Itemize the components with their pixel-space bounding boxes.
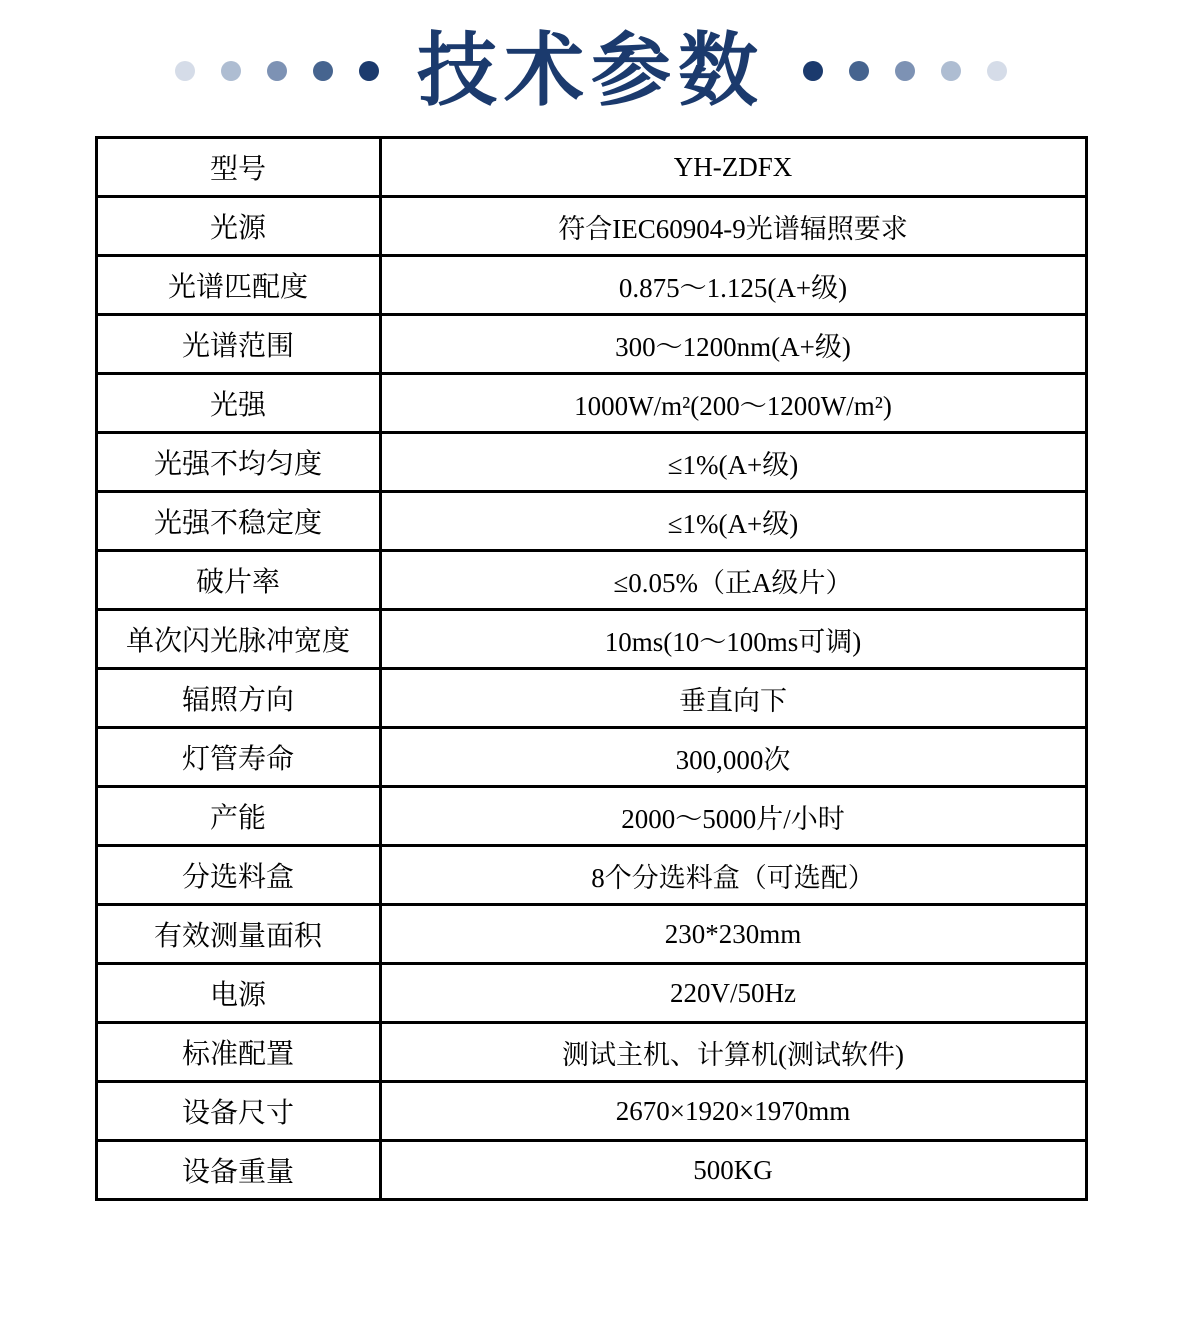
param-value: 10ms(10～100ms可调): [380, 610, 1086, 669]
table-row: 设备尺寸 2670×1920×1970mm: [96, 1082, 1086, 1141]
table-row: 分选料盒 8个分选料盒（可选配）: [96, 846, 1086, 905]
table-row: 辐照方向 垂直向下: [96, 669, 1086, 728]
param-value: 220V/50Hz: [380, 964, 1086, 1023]
param-label: 光强: [96, 374, 380, 433]
dot-icon: [221, 61, 241, 81]
dot-icon: [175, 61, 195, 81]
dot-icon: [803, 61, 823, 81]
param-label: 标准配置: [96, 1023, 380, 1082]
dot-icon: [987, 61, 1007, 81]
table-row: 光强 1000W/m²(200～1200W/m²): [96, 374, 1086, 433]
table-row: 光谱范围 300～1200nm(A+级): [96, 315, 1086, 374]
param-label: 有效测量面积: [96, 905, 380, 964]
param-label: 辐照方向: [96, 669, 380, 728]
param-value: 300～1200nm(A+级): [380, 315, 1086, 374]
param-label: 产能: [96, 787, 380, 846]
param-value: 8个分选料盒（可选配）: [380, 846, 1086, 905]
param-label: 光强不均匀度: [96, 433, 380, 492]
table-row: 破片率 ≤0.05%（正A级片）: [96, 551, 1086, 610]
table-row: 光强不稳定度 ≤1%(A+级): [96, 492, 1086, 551]
table-row: 灯管寿命 300,000次: [96, 728, 1086, 787]
param-value: 230*230mm: [380, 905, 1086, 964]
param-value: 垂直向下: [380, 669, 1086, 728]
dot-icon: [313, 61, 333, 81]
param-label: 型号: [96, 138, 380, 197]
dot-icon: [941, 61, 961, 81]
param-label: 光强不稳定度: [96, 492, 380, 551]
table-row: 标准配置 测试主机、计算机(测试软件): [96, 1023, 1086, 1082]
table-row: 设备重量 500KG: [96, 1141, 1086, 1200]
table-row: 单次闪光脉冲宽度 10ms(10～100ms可调): [96, 610, 1086, 669]
param-value: ≤1%(A+级): [380, 492, 1086, 551]
param-label: 灯管寿命: [96, 728, 380, 787]
table-row: 电源 220V/50Hz: [96, 964, 1086, 1023]
param-value: 300,000次: [380, 728, 1086, 787]
param-value: 2000～5000片/小时: [380, 787, 1086, 846]
param-value: 符合IEC60904-9光谱辐照要求: [380, 197, 1086, 256]
table-row: 型号 YH-ZDFX: [96, 138, 1086, 197]
param-label: 单次闪光脉冲宽度: [96, 610, 380, 669]
page-title: 技术参数: [417, 27, 765, 115]
param-label: 光源: [96, 197, 380, 256]
dot-icon: [895, 61, 915, 81]
spec-table-body: 型号 YH-ZDFX 光源 符合IEC60904-9光谱辐照要求 光谱匹配度 0…: [96, 138, 1086, 1200]
right-dots: [803, 61, 1007, 81]
param-value: 1000W/m²(200～1200W/m²): [380, 374, 1086, 433]
table-row: 产能 2000～5000片/小时: [96, 787, 1086, 846]
param-label: 破片率: [96, 551, 380, 610]
param-value: 500KG: [380, 1141, 1086, 1200]
param-value: YH-ZDFX: [380, 138, 1086, 197]
param-value: ≤0.05%（正A级片）: [380, 551, 1086, 610]
spec-table: 型号 YH-ZDFX 光源 符合IEC60904-9光谱辐照要求 光谱匹配度 0…: [95, 136, 1088, 1201]
left-dots: [175, 61, 379, 81]
param-value: 测试主机、计算机(测试软件): [380, 1023, 1086, 1082]
param-value: 0.875～1.125(A+级): [380, 256, 1086, 315]
dot-icon: [267, 61, 287, 81]
param-label: 分选料盒: [96, 846, 380, 905]
dot-icon: [849, 61, 869, 81]
param-label: 设备重量: [96, 1141, 380, 1200]
table-row: 光源 符合IEC60904-9光谱辐照要求: [96, 197, 1086, 256]
table-row: 有效测量面积 230*230mm: [96, 905, 1086, 964]
param-label: 光谱范围: [96, 315, 380, 374]
page-header: 技术参数: [0, 0, 1182, 120]
param-label: 电源: [96, 964, 380, 1023]
param-value: 2670×1920×1970mm: [380, 1082, 1086, 1141]
table-row: 光谱匹配度 0.875～1.125(A+级): [96, 256, 1086, 315]
table-row: 光强不均匀度 ≤1%(A+级): [96, 433, 1086, 492]
param-value: ≤1%(A+级): [380, 433, 1086, 492]
param-label: 设备尺寸: [96, 1082, 380, 1141]
param-label: 光谱匹配度: [96, 256, 380, 315]
dot-icon: [359, 61, 379, 81]
